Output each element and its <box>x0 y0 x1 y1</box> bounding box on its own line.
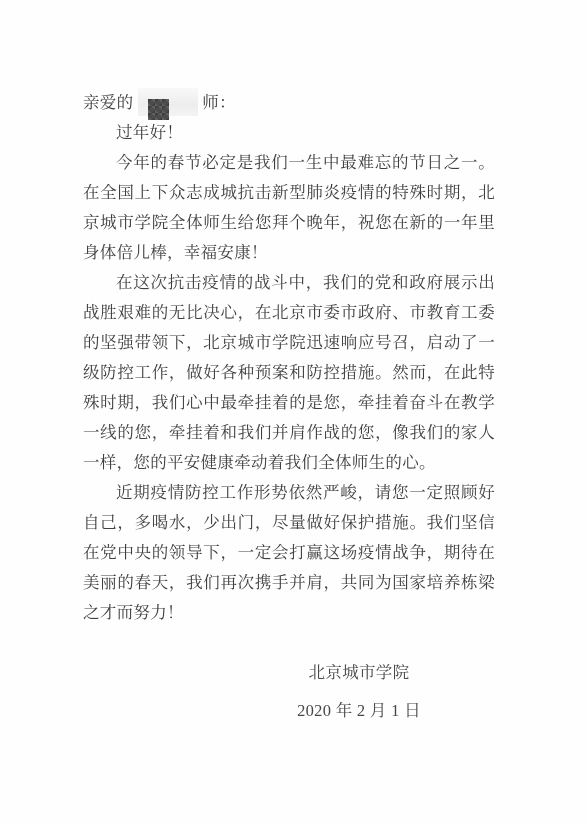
pixelation-block <box>148 99 169 120</box>
paragraph-1: 今年的春节必定是我们一生中最难忘的节日之一。在全国上下众志成城抗击新型肺炎疫情的… <box>83 148 495 268</box>
signature-org: 北京城市学院 <box>279 654 439 692</box>
paragraph-2: 在这次抗击疫情的战斗中，我们的党和政府展示出战胜艰难的无比决心，在北京市委市政府… <box>83 268 495 478</box>
letter-body: 亲爱的 师： 过年好！ 今年的春节必定是我们一生中最难忘的节日之一。在全国上下众… <box>83 88 495 730</box>
paragraph-3: 近期疫情防控工作形势依然严峻，请您一定照顾好自己，多喝水，少出门，尽量做好保护措… <box>83 478 495 628</box>
greeting-line: 过年好！ <box>83 118 495 148</box>
date-line: 2020 年 2 月 1 日 <box>279 692 439 730</box>
salutation-prefix: 亲爱的 <box>83 93 133 112</box>
salutation: 亲爱的 师： <box>83 88 495 118</box>
redacted-name-blur <box>138 88 198 116</box>
closing-block: 北京城市学院 2020 年 2 月 1 日 <box>279 654 439 730</box>
salutation-suffix: 师： <box>202 93 236 112</box>
letter-page: 亲爱的 师： 过年好！ 今年的春节必定是我们一生中最难忘的节日之一。在全国上下众… <box>0 0 586 824</box>
